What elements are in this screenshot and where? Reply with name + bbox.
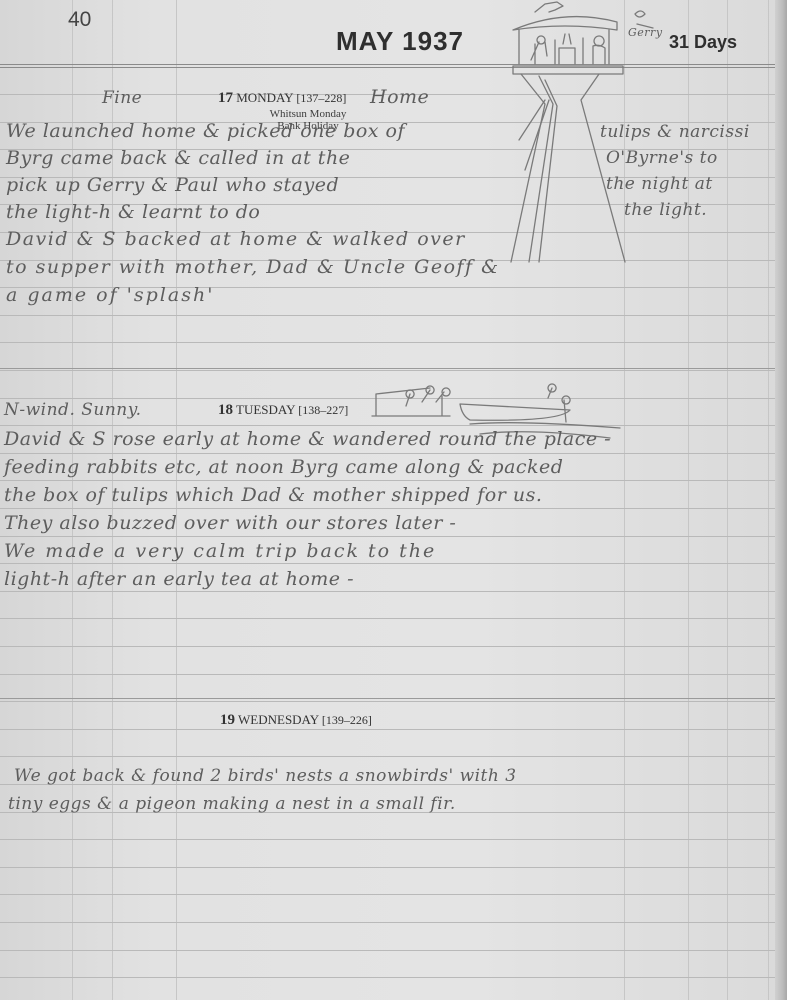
entry-line: Byrg came back & called in at the [6, 147, 350, 169]
page-edge [775, 0, 787, 1000]
ruled-line [0, 701, 775, 702]
margin-rule [768, 0, 769, 1000]
entry-line: the light-h & learnt to do [6, 201, 260, 223]
weather-note: N-wind. Sunny. [4, 400, 142, 420]
day-heading-19: 19 WEDNESDAY [139–226] [220, 712, 372, 729]
location-note: Home [370, 86, 429, 108]
day-number: 18 [218, 402, 233, 418]
day-name: TUESDAY [236, 402, 295, 417]
entry-line-right: tulips & narcissi [600, 122, 750, 142]
ruled-line [0, 618, 775, 619]
entry-line: David & S rose early at home & wandered … [4, 428, 611, 450]
ruled-line [0, 729, 775, 730]
entry-line: a game of 'splash' [6, 284, 214, 306]
margin-rule [727, 0, 728, 1000]
ruled-line [0, 536, 775, 537]
ruled-line [0, 756, 775, 757]
ruled-line [0, 480, 775, 481]
ruled-line [0, 315, 775, 316]
entry-line-right: the light. [624, 200, 707, 220]
ruled-line [0, 563, 775, 564]
month-title: MAY 1937 [336, 26, 464, 57]
entry-line: to supper with mother, Dad & Uncle Geoff… [6, 256, 500, 278]
ruled-line [0, 674, 775, 675]
ruled-line [0, 867, 775, 868]
day-number: 19 [220, 712, 235, 728]
ruled-line [0, 453, 775, 454]
entry-line: We got back & found 2 birds' nests a sno… [14, 766, 517, 786]
page-number: 40 [68, 8, 91, 32]
days-count: 31 Days [669, 32, 737, 53]
day-separator [0, 368, 775, 369]
ruled-line [0, 977, 775, 978]
sketch-label: Gerry [628, 26, 663, 39]
ruled-line [0, 922, 775, 923]
entry-line: light-h after an early tea at home - [4, 568, 354, 590]
day-heading-17: 17 MONDAY [137–228] [218, 90, 346, 107]
day-name: MONDAY [236, 90, 293, 105]
day-heading-18: 18 TUESDAY [138–227] [218, 402, 348, 419]
entry-line: David & S backed at home & walked over [6, 228, 466, 250]
entry-line: tiny eggs & a pigeon making a nest in a … [8, 794, 456, 814]
entry-line-right: the night at [606, 174, 713, 194]
day-name: WEDNESDAY [238, 712, 319, 727]
entry-line: They also buzzed over with our stores la… [4, 512, 456, 534]
day-range: [137–228] [296, 91, 346, 105]
ruled-line [0, 894, 775, 895]
entry-line: pick up Gerry & Paul who stayed [6, 174, 339, 196]
day-range: [138–227] [298, 403, 348, 417]
entry-line-right: O'Byrne's to [606, 148, 718, 168]
ruled-line [0, 646, 775, 647]
ruled-line [0, 508, 775, 509]
entry-line: the box of tulips which Dad & mother shi… [4, 484, 542, 506]
diary-page: 40 MAY 1937 31 Days Gerry Fine 17 MONDAY… [0, 0, 787, 1000]
weather-note: Fine [102, 88, 142, 108]
day-separator [0, 698, 775, 699]
holiday-line: Whitsun Monday [258, 108, 358, 120]
day-range: [139–226] [322, 713, 372, 727]
day-number: 17 [218, 90, 233, 106]
ruled-line [0, 591, 775, 592]
entry-line: We launched home & picked one box of [6, 120, 405, 142]
entry-line: feeding rabbits etc, at noon Byrg came a… [4, 456, 563, 478]
ruled-line [0, 370, 775, 371]
entry-line: We made a very calm trip back to the [4, 540, 436, 562]
header-rule [0, 64, 787, 68]
ruled-line [0, 342, 775, 343]
ruled-line [0, 950, 775, 951]
ruled-line [0, 839, 775, 840]
